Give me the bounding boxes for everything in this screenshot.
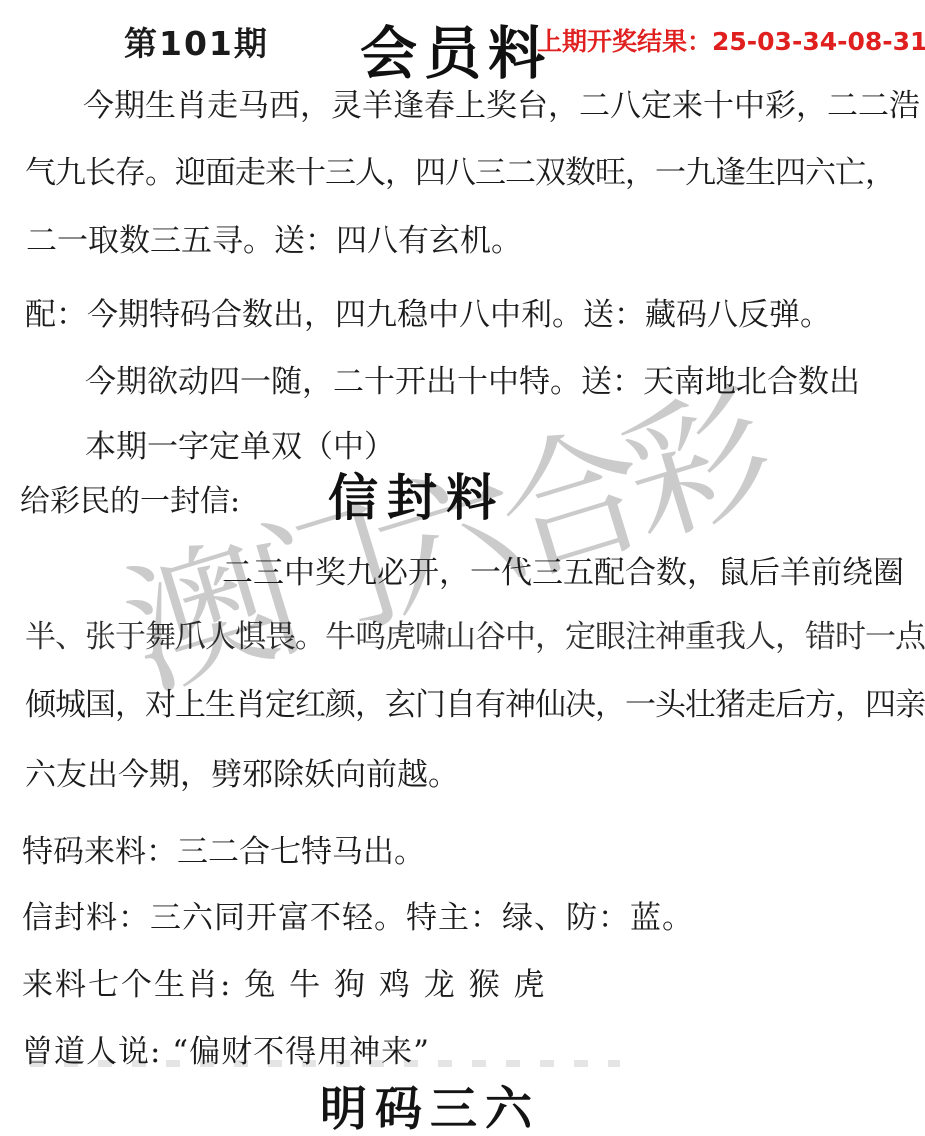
envelope-section-title: 信封料 — [328, 458, 505, 530]
page-title: 会员料 — [360, 8, 552, 90]
lottery-tip-sheet-page: 澳门六合彩 第101期 会员料 上期开奖结果：25-03-34-08-31-41… — [0, 0, 925, 1136]
member-line-2: 气九长存。迎面走来十三人，四八三二双数旺，一九逢生四六亡， — [25, 147, 895, 192]
issue-number-label: 第101期 — [124, 18, 269, 65]
special-code-tip-line: 特码来料：三二合七特马出。 — [22, 826, 425, 871]
previous-draw-result: 上期开奖结果：25-03-34-08-31-41 特42 — [537, 22, 925, 58]
envelope-tip-line: 信封料：三六同开富不轻。特主：绿、防：蓝。 — [22, 892, 694, 937]
member-line-5: 今期欲动四一随，二十开出十中特。送：天南地北合数出 — [85, 356, 860, 401]
bottom-section-title: 明码三六 — [320, 1072, 540, 1136]
letter-to-punters-label: 给彩民的一封信: — [20, 476, 240, 520]
letter-line-2: 半、张于舞爪人惧畏。牛鸣虎啸山谷中，定眼注神重我人，错时一点 — [25, 611, 925, 656]
zengdaoren-quote-line: 曾道人说: “偏财不得用神来” — [22, 1026, 430, 1071]
member-line-1: 今期生肖走马西，灵羊逢春上奖台，二八定来十中彩，二二浩 — [83, 80, 920, 125]
member-line-3: 二一取数三五寻。送：四八有玄机。 — [26, 215, 522, 260]
member-line-4: 配：今期特码合数出，四九稳中八中利。送：藏码八反弹。 — [25, 289, 831, 334]
seven-zodiac-line: 来料七个生肖: 兔 牛 狗 鸡 龙 猴 虎 — [22, 959, 546, 1004]
letter-line-3: 倾城国，对上生肖定红颜，玄门自有神仙决，一头壮猪走后方，四亲 — [25, 679, 925, 724]
letter-line-4: 六友出今期，劈邪除妖向前越。 — [25, 749, 459, 794]
letter-line-1: 二三中奖九必开，一代三五配合数，鼠后羊前绕圈 — [222, 547, 904, 592]
